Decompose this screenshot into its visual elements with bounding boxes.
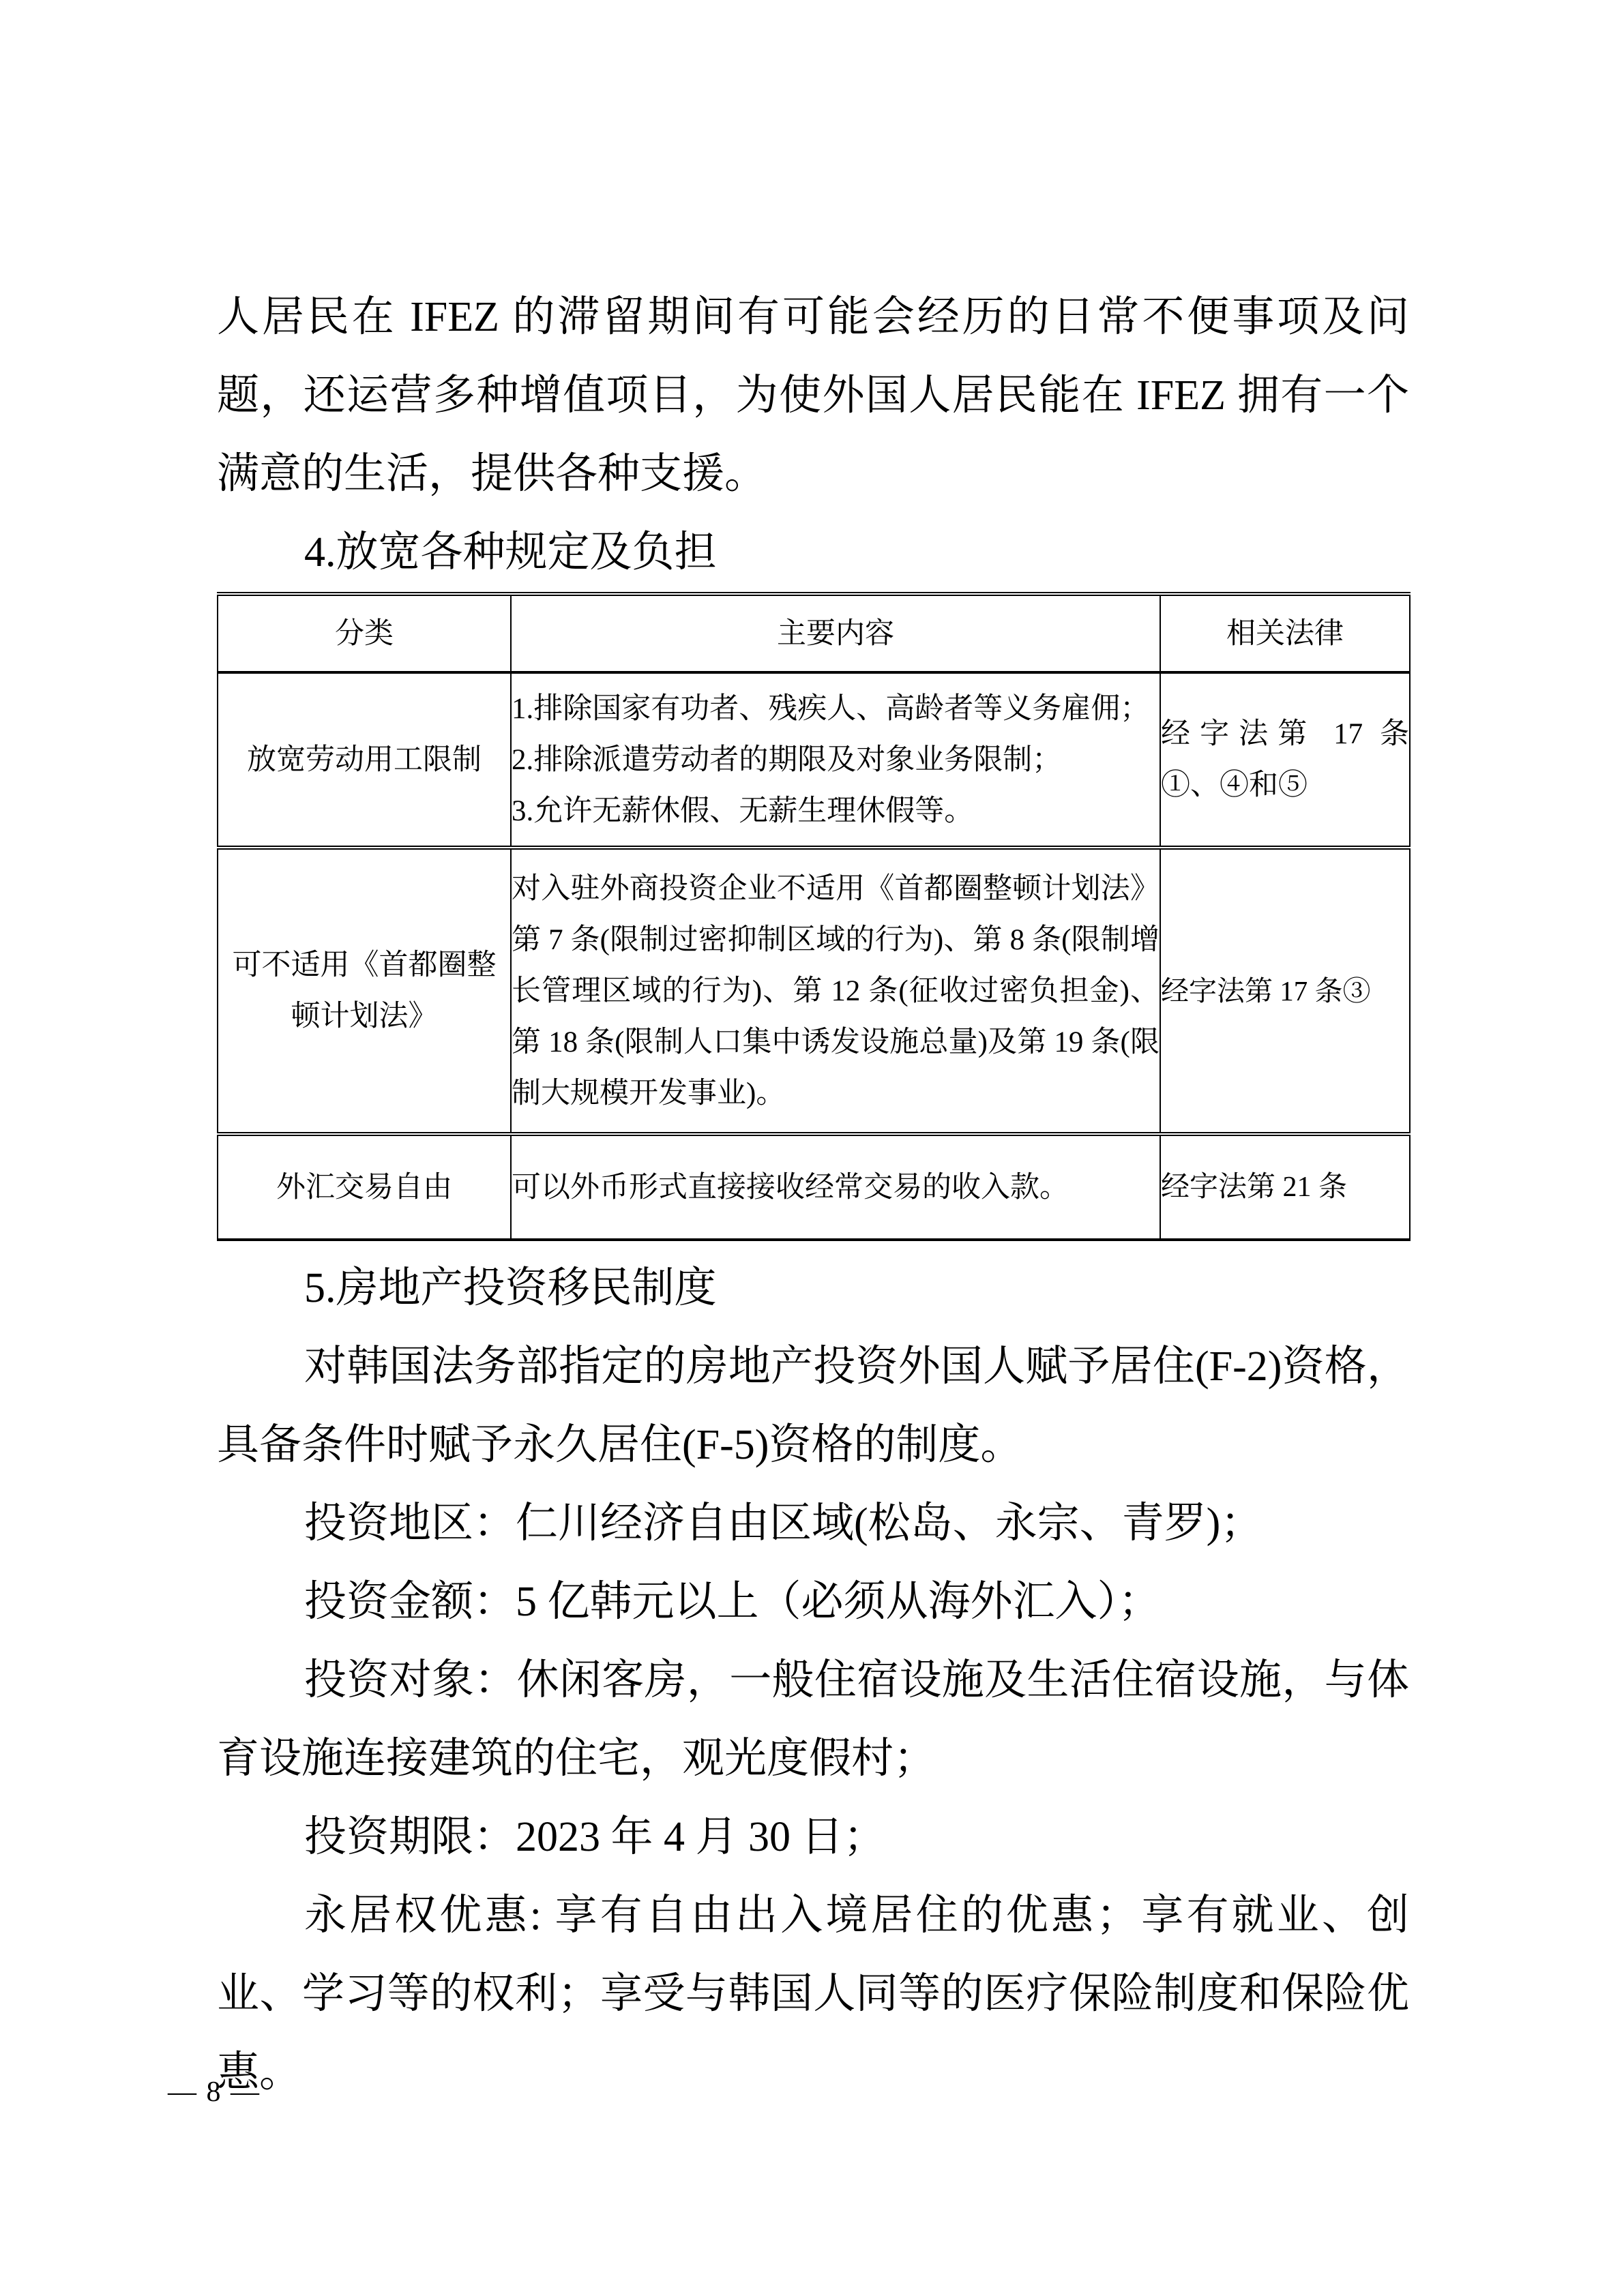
row1-category: 放宽劳动用工限制 xyxy=(218,672,511,848)
section5-paragraph-investment-area: 投资地区：仁川经济自由区域(松岛、永宗、青罗)； xyxy=(217,1485,1409,1563)
section5-paragraph-permanent-residency: 永居权优惠: 享有自由出入境居住的优惠；享有就业、创业、学习等的权利；享受与韩国… xyxy=(217,1877,1409,2112)
table-header-category: 分类 xyxy=(218,594,511,672)
section5-paragraph-investment-deadline: 投资期限：2023 年 4 月 30 日； xyxy=(217,1798,1409,1877)
table-row: 可不适用《首都圈整顿计划法》 对入驻外商投资企业不适用《首都圈整顿计划法》第 7… xyxy=(218,848,1410,1134)
section5: 5.房地产投资移民制度 对韩国法务部指定的房地产投资外国人赋予居住(F-2)资格… xyxy=(217,1249,1409,2112)
row1-content-item-3: 3.允许无薪休假、无薪生理休假等。 xyxy=(512,786,1160,837)
table-header-related-law: 相关法律 xyxy=(1160,594,1410,672)
section5-paragraph-overview: 对韩国法务部指定的房地产投资外国人赋予居住(F-2)资格，具备条件时赋予永久居住… xyxy=(217,1328,1409,1485)
row1-content: 1.排除国家有功者、残疾人、高龄者等义务雇佣； 2.排除派遣劳动者的期限及对象业… xyxy=(511,672,1160,848)
row1-content-item-1: 1.排除国家有功者、残疾人、高龄者等义务雇佣； xyxy=(512,683,1160,734)
row1-law: 经字法第 17 条 ①、④和⑤ xyxy=(1160,672,1410,848)
row3-law: 经字法第 21 条 xyxy=(1160,1134,1410,1240)
row3-law-text: 经字法第 21 条 xyxy=(1161,1162,1409,1213)
table-row: 放宽劳动用工限制 1.排除国家有功者、残疾人、高龄者等义务雇佣； 2.排除派遣劳… xyxy=(218,672,1410,848)
table-header-row: 分类 主要内容 相关法律 xyxy=(218,594,1410,672)
row3-category: 外汇交易自由 xyxy=(218,1134,511,1240)
table-row: 外汇交易自由 可以外币形式直接接收经常交易的收入款。 经字法第 21 条 xyxy=(218,1134,1410,1240)
row1-law-line-1: 经字法第 17 条 xyxy=(1161,709,1409,760)
row1-law-line-2: ①、④和⑤ xyxy=(1161,760,1409,811)
regulations-table: 分类 主要内容 相关法律 放宽劳动用工限制 1.排除国家有功者、残疾人、高龄者等… xyxy=(217,592,1411,1241)
section4-heading: 4.放宽各种规定及负担 xyxy=(217,513,1409,592)
row1-content-item-2: 2.排除派遣劳动者的期限及对象业务限制； xyxy=(512,734,1160,786)
row3-content-text: 可以外币形式直接接收经常交易的收入款。 xyxy=(512,1162,1160,1213)
row2-law: 经字法第 17 条③ xyxy=(1160,848,1410,1134)
intro-paragraph: 人居民在 IFEZ 的滞留期间有可能会经历的日常不便事项及问题，还运营多种增值项… xyxy=(217,278,1409,513)
row2-category: 可不适用《首都圈整顿计划法》 xyxy=(218,848,511,1134)
section5-paragraph-investment-target: 投资对象：休闲客房，一般住宿设施及生活住宿设施，与体育设施连接建筑的住宅，观光度… xyxy=(217,1641,1409,1798)
section5-heading: 5.房地产投资移民制度 xyxy=(217,1249,1409,1328)
page-number: — 8 — xyxy=(168,2072,261,2113)
section5-paragraph-investment-amount: 投资金额：5 亿韩元以上（必须从海外汇入）； xyxy=(217,1563,1409,1641)
row3-content: 可以外币形式直接接收经常交易的收入款。 xyxy=(511,1134,1160,1240)
document-page: 人居民在 IFEZ 的滞留期间有可能会经历的日常不便事项及问题，还运营多种增值项… xyxy=(0,0,1624,2296)
row2-law-text: 经字法第 17 条③ xyxy=(1161,966,1409,1017)
row2-content: 对入驻外商投资企业不适用《首都圈整顿计划法》第 7 条(限制过密抑制区域的行为)… xyxy=(511,848,1160,1134)
table-header-main-content: 主要内容 xyxy=(511,594,1160,672)
row2-content-text: 对入驻外商投资企业不适用《首都圈整顿计划法》第 7 条(限制过密抑制区域的行为)… xyxy=(512,863,1160,1119)
